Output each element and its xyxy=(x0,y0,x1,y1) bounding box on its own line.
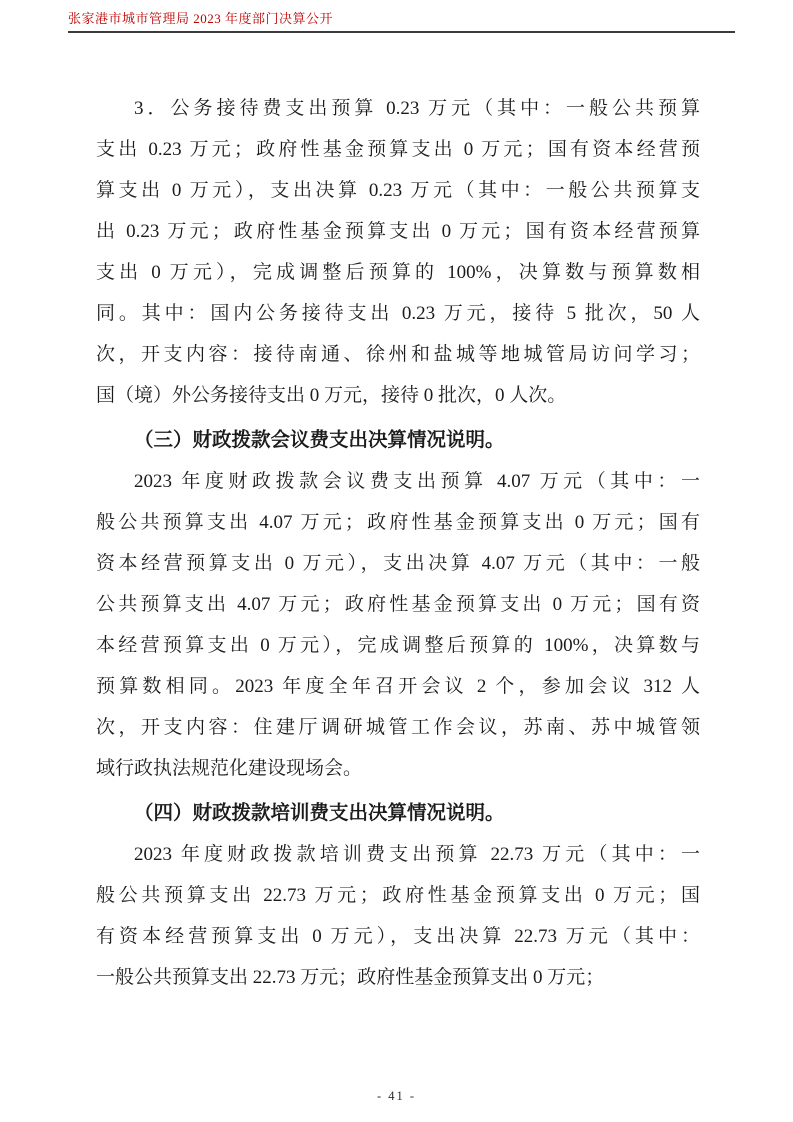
document-page: 张家港市城市管理局 2023 年度部门决算公开 3．公务接待费支出预算 0.23… xyxy=(0,0,793,1122)
body-line: 公共预算支出 4.07 万元；政府性基金预算支出 0 万元；国有资 xyxy=(96,584,700,625)
body-line: 有资本经营预算支出 0 万元），支出决算 22.73 万元（其中： xyxy=(96,916,700,957)
body-line: 本经营预算支出 0 万元），完成调整后预算的 100%，决算数与 xyxy=(96,625,700,666)
body-line: 支出 0 万元），完成调整后预算的 100%，决算数与预算数相 xyxy=(96,252,700,293)
page-header: 张家港市城市管理局 2023 年度部门决算公开 xyxy=(68,10,735,33)
body-line: 般公共预算支出 22.73 万元；政府性基金预算支出 0 万元；国 xyxy=(96,875,700,916)
paragraph: 2023 年度财政拨款会议费支出预算 4.07 万元（其中：一般公共预算支出 4… xyxy=(96,461,700,789)
body-line: 域行政执法规范化建设现场会。 xyxy=(96,748,700,789)
document-body: 3．公务接待费支出预算 0.23 万元（其中：一般公共预算支出 0.23 万元；… xyxy=(96,88,700,998)
body-line: 次，开支内容：住建厅调研城管工作会议，苏南、苏中城管领 xyxy=(96,707,700,748)
section-heading: （三）财政拨款会议费支出决算情况说明。 xyxy=(96,420,700,461)
body-line: 般公共预算支出 4.07 万元；政府性基金预算支出 0 万元；国有 xyxy=(96,502,700,543)
body-line: 预算数相同。2023 年度全年召开会议 2 个，参加会议 312 人 xyxy=(96,666,700,707)
body-line: 次，开支内容：接待南通、徐州和盐城等地城管局访问学习； xyxy=(96,334,700,375)
paragraph: 2023 年度财政拨款培训费支出预算 22.73 万元（其中：一般公共预算支出 … xyxy=(96,834,700,998)
paragraph: 3．公务接待费支出预算 0.23 万元（其中：一般公共预算支出 0.23 万元；… xyxy=(96,88,700,416)
body-line: 一般公共预算支出 22.73 万元；政府性基金预算支出 0 万元； xyxy=(96,957,700,998)
header-rule xyxy=(68,31,735,33)
header-title: 张家港市城市管理局 2023 年度部门决算公开 xyxy=(68,10,735,28)
body-line: 2023 年度财政拨款会议费支出预算 4.07 万元（其中：一 xyxy=(96,461,700,502)
body-line: 支出 0.23 万元；政府性基金预算支出 0 万元；国有资本经营预 xyxy=(96,129,700,170)
body-line: 同。其中：国内公务接待支出 0.23 万元，接待 5 批次，50 人 xyxy=(96,293,700,334)
body-line: 3．公务接待费支出预算 0.23 万元（其中：一般公共预算 xyxy=(96,88,700,129)
body-line: 算支出 0 万元），支出决算 0.23 万元（其中：一般公共预算支 xyxy=(96,170,700,211)
body-line: 国（境）外公务接待支出 0 万元，接待 0 批次，0 人次。 xyxy=(96,375,700,416)
body-line: 2023 年度财政拨款培训费支出预算 22.73 万元（其中：一 xyxy=(96,834,700,875)
body-line: 出 0.23 万元；政府性基金预算支出 0 万元；国有资本经营预算 xyxy=(96,211,700,252)
body-line: 资本经营预算支出 0 万元），支出决算 4.07 万元（其中：一般 xyxy=(96,543,700,584)
section-heading: （四）财政拨款培训费支出决算情况说明。 xyxy=(96,793,700,834)
page-number: - 41 - xyxy=(0,1089,793,1104)
